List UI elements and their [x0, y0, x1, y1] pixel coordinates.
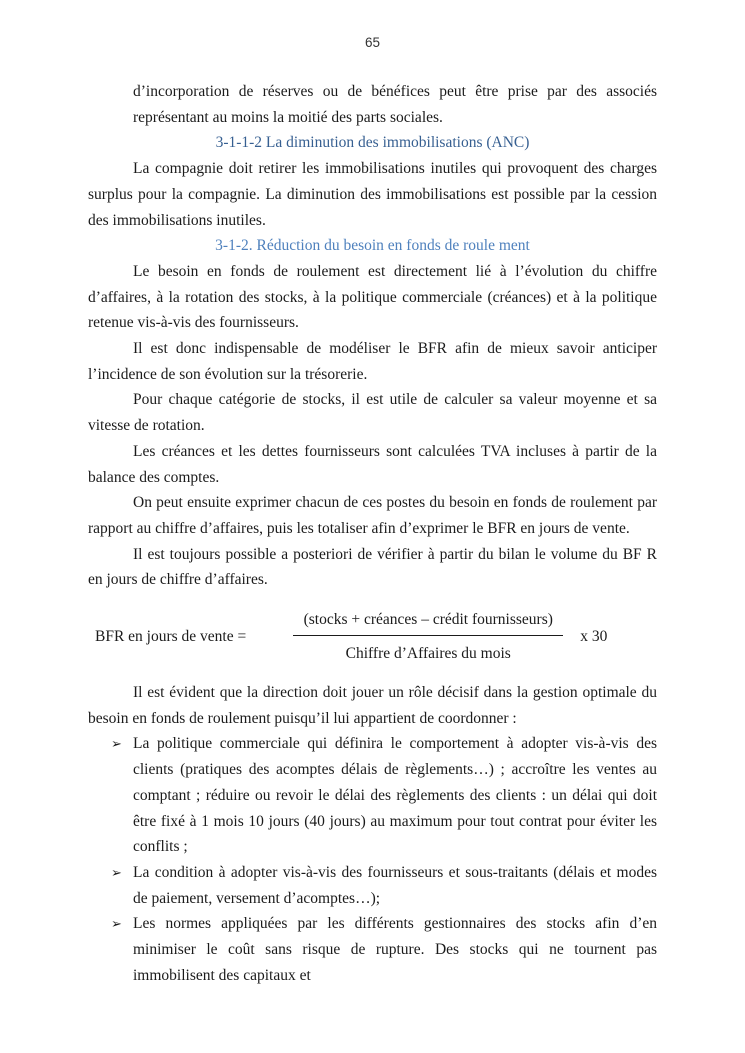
formula-multiplier: x 30	[580, 628, 607, 646]
paragraph: On peut ensuite exprimer chacun de ces p…	[88, 490, 657, 541]
formula-left-hand-side: BFR en jours de vente =	[95, 628, 246, 646]
paragraph-continuation: d’incorporation de réserves ou de bénéfi…	[133, 79, 657, 130]
paragraph: La compagnie doit retirer les immobilisa…	[88, 156, 657, 233]
list-item: ➢ La condition à adopter vis-à-vis des f…	[88, 860, 657, 911]
list-item: ➢ La politique commerciale qui définira …	[88, 731, 657, 860]
paragraph: Le besoin en fonds de roulement est dire…	[88, 259, 657, 336]
paragraph: Il est évident que la direction doit jou…	[88, 680, 657, 731]
section-heading-3-1-2: 3-1-2. Réduction du besoin en fonds de r…	[88, 233, 657, 259]
paragraph: Il est donc indispensable de modéliser l…	[88, 336, 657, 387]
list-item-text: Les normes appliquées par les différents…	[133, 915, 657, 983]
document-page: 65 d’incorporation de réserves ou de bén…	[0, 0, 745, 1053]
arrow-bullet-icon: ➢	[111, 911, 122, 937]
page-content: d’incorporation de réserves ou de bénéfi…	[88, 79, 657, 989]
paragraph: Il est toujours possible a posteriori de…	[88, 542, 657, 593]
list-item-text: La condition à adopter vis-à-vis des fou…	[133, 864, 657, 907]
paragraph: Pour chaque catégorie de stocks, il est …	[88, 387, 657, 438]
bfr-formula: BFR en jours de vente = (stocks + créanc…	[88, 607, 657, 667]
formula-fraction: (stocks + créances – crédit fournisseurs…	[293, 607, 563, 667]
list-item: ➢ Les normes appliquées par les différen…	[88, 911, 657, 988]
list-item-text: La politique commerciale qui définira le…	[133, 735, 657, 855]
arrow-bullet-icon: ➢	[111, 860, 122, 886]
bullet-list: ➢ La politique commerciale qui définira …	[88, 731, 657, 988]
formula-numerator: (stocks + créances – crédit fournisseurs…	[304, 607, 553, 633]
paragraph: Les créances et les dettes fournisseurs …	[88, 439, 657, 490]
page-number: 65	[88, 35, 657, 50]
fraction-bar	[293, 635, 563, 636]
arrow-bullet-icon: ➢	[111, 731, 122, 757]
section-heading-3-1-1-2: 3-1-1-2 La diminution des immobilisation…	[88, 130, 657, 156]
formula-denominator: Chiffre d’Affaires du mois	[346, 641, 511, 667]
